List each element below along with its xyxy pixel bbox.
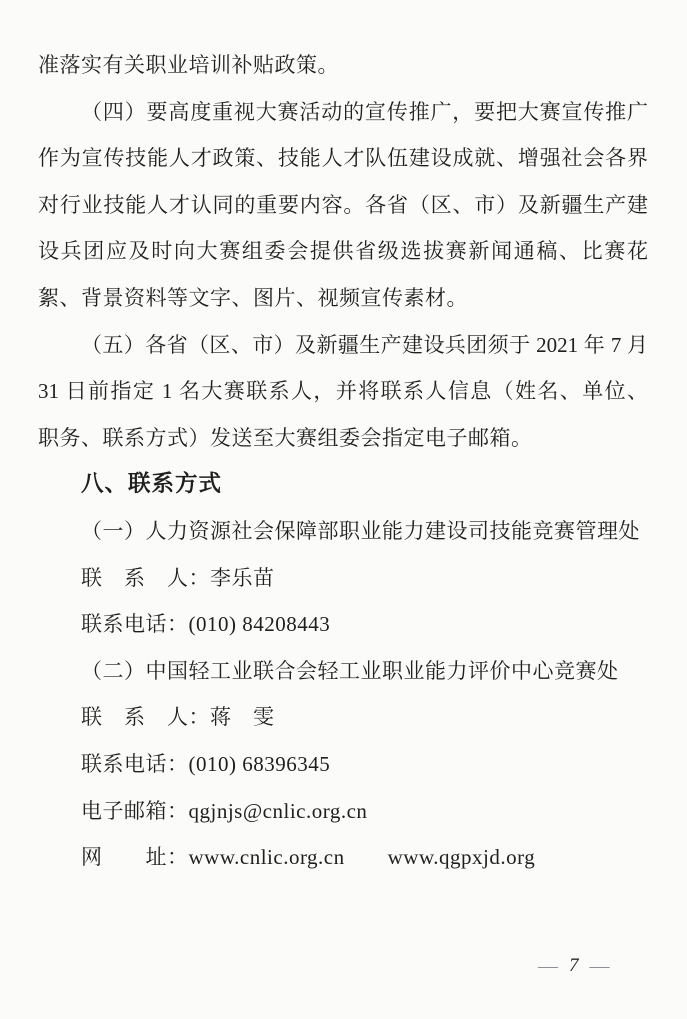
paragraph-5-line-3: 职务、联系方式）发送至大赛组委会指定电子邮箱。 — [38, 415, 648, 462]
contact-person-2: 联 系 人：蒋 雯 — [38, 694, 648, 741]
contact-org-2: （二）中国轻工业联合会轻工业职业能力评价中心竞赛处 — [38, 648, 648, 695]
page-footer: — 7 — — [538, 955, 610, 977]
footer-dash-left: — — [538, 955, 558, 977]
document-page: 准落实有关职业培训补贴政策。 （四）要高度重视大赛活动的宣传推广，要把大赛宣传推… — [0, 0, 687, 1019]
paragraph-5-line-2: 31 日前指定 1 名大赛联系人，并将联系人信息（姓名、单位、 — [38, 368, 648, 415]
contact-org-1: （一）人力资源社会保障部职业能力建设司技能竞赛管理处 — [38, 508, 648, 555]
footer-dash-right: — — [590, 955, 610, 977]
document-body: 准落实有关职业培训补贴政策。 （四）要高度重视大赛活动的宣传推广，要把大赛宣传推… — [38, 42, 648, 881]
paragraph-4-line-3: 对行业技能人才认同的重要内容。各省（区、市）及新疆生产建 — [38, 182, 648, 229]
contact-phone-1: 联系电话：(010) 84208443 — [38, 601, 648, 648]
contact-email: 电子邮箱：qgjnjs@cnlic.org.cn — [38, 788, 648, 835]
contact-person-1: 联 系 人：李乐苗 — [38, 555, 648, 602]
paragraph-4-line-4: 设兵团应及时向大赛组委会提供省级选拔赛新闻通稿、比赛花 — [38, 228, 648, 275]
paragraph-4-line-1: （四）要高度重视大赛活动的宣传推广，要把大赛宣传推广 — [38, 89, 648, 136]
contact-phone-2: 联系电话：(010) 68396345 — [38, 741, 648, 788]
paragraph-4-line-2: 作为宣传技能人才政策、技能人才队伍建设成就、增强社会各界 — [38, 135, 648, 182]
paragraph-4-line-5: 絮、背景资料等文字、图片、视频宣传素材。 — [38, 275, 648, 322]
paragraph-5-line-1: （五）各省（区、市）及新疆生产建设兵团须于 2021 年 7 月 — [38, 322, 648, 369]
paragraph-end-training-subsidy: 准落实有关职业培训补贴政策。 — [38, 42, 648, 89]
page-number: 7 — [569, 955, 579, 977]
contact-websites: 网 址：www.cnlic.org.cn www.qgpxjd.org — [38, 834, 648, 881]
section-heading-contact-info: 八、联系方式 — [38, 461, 648, 508]
